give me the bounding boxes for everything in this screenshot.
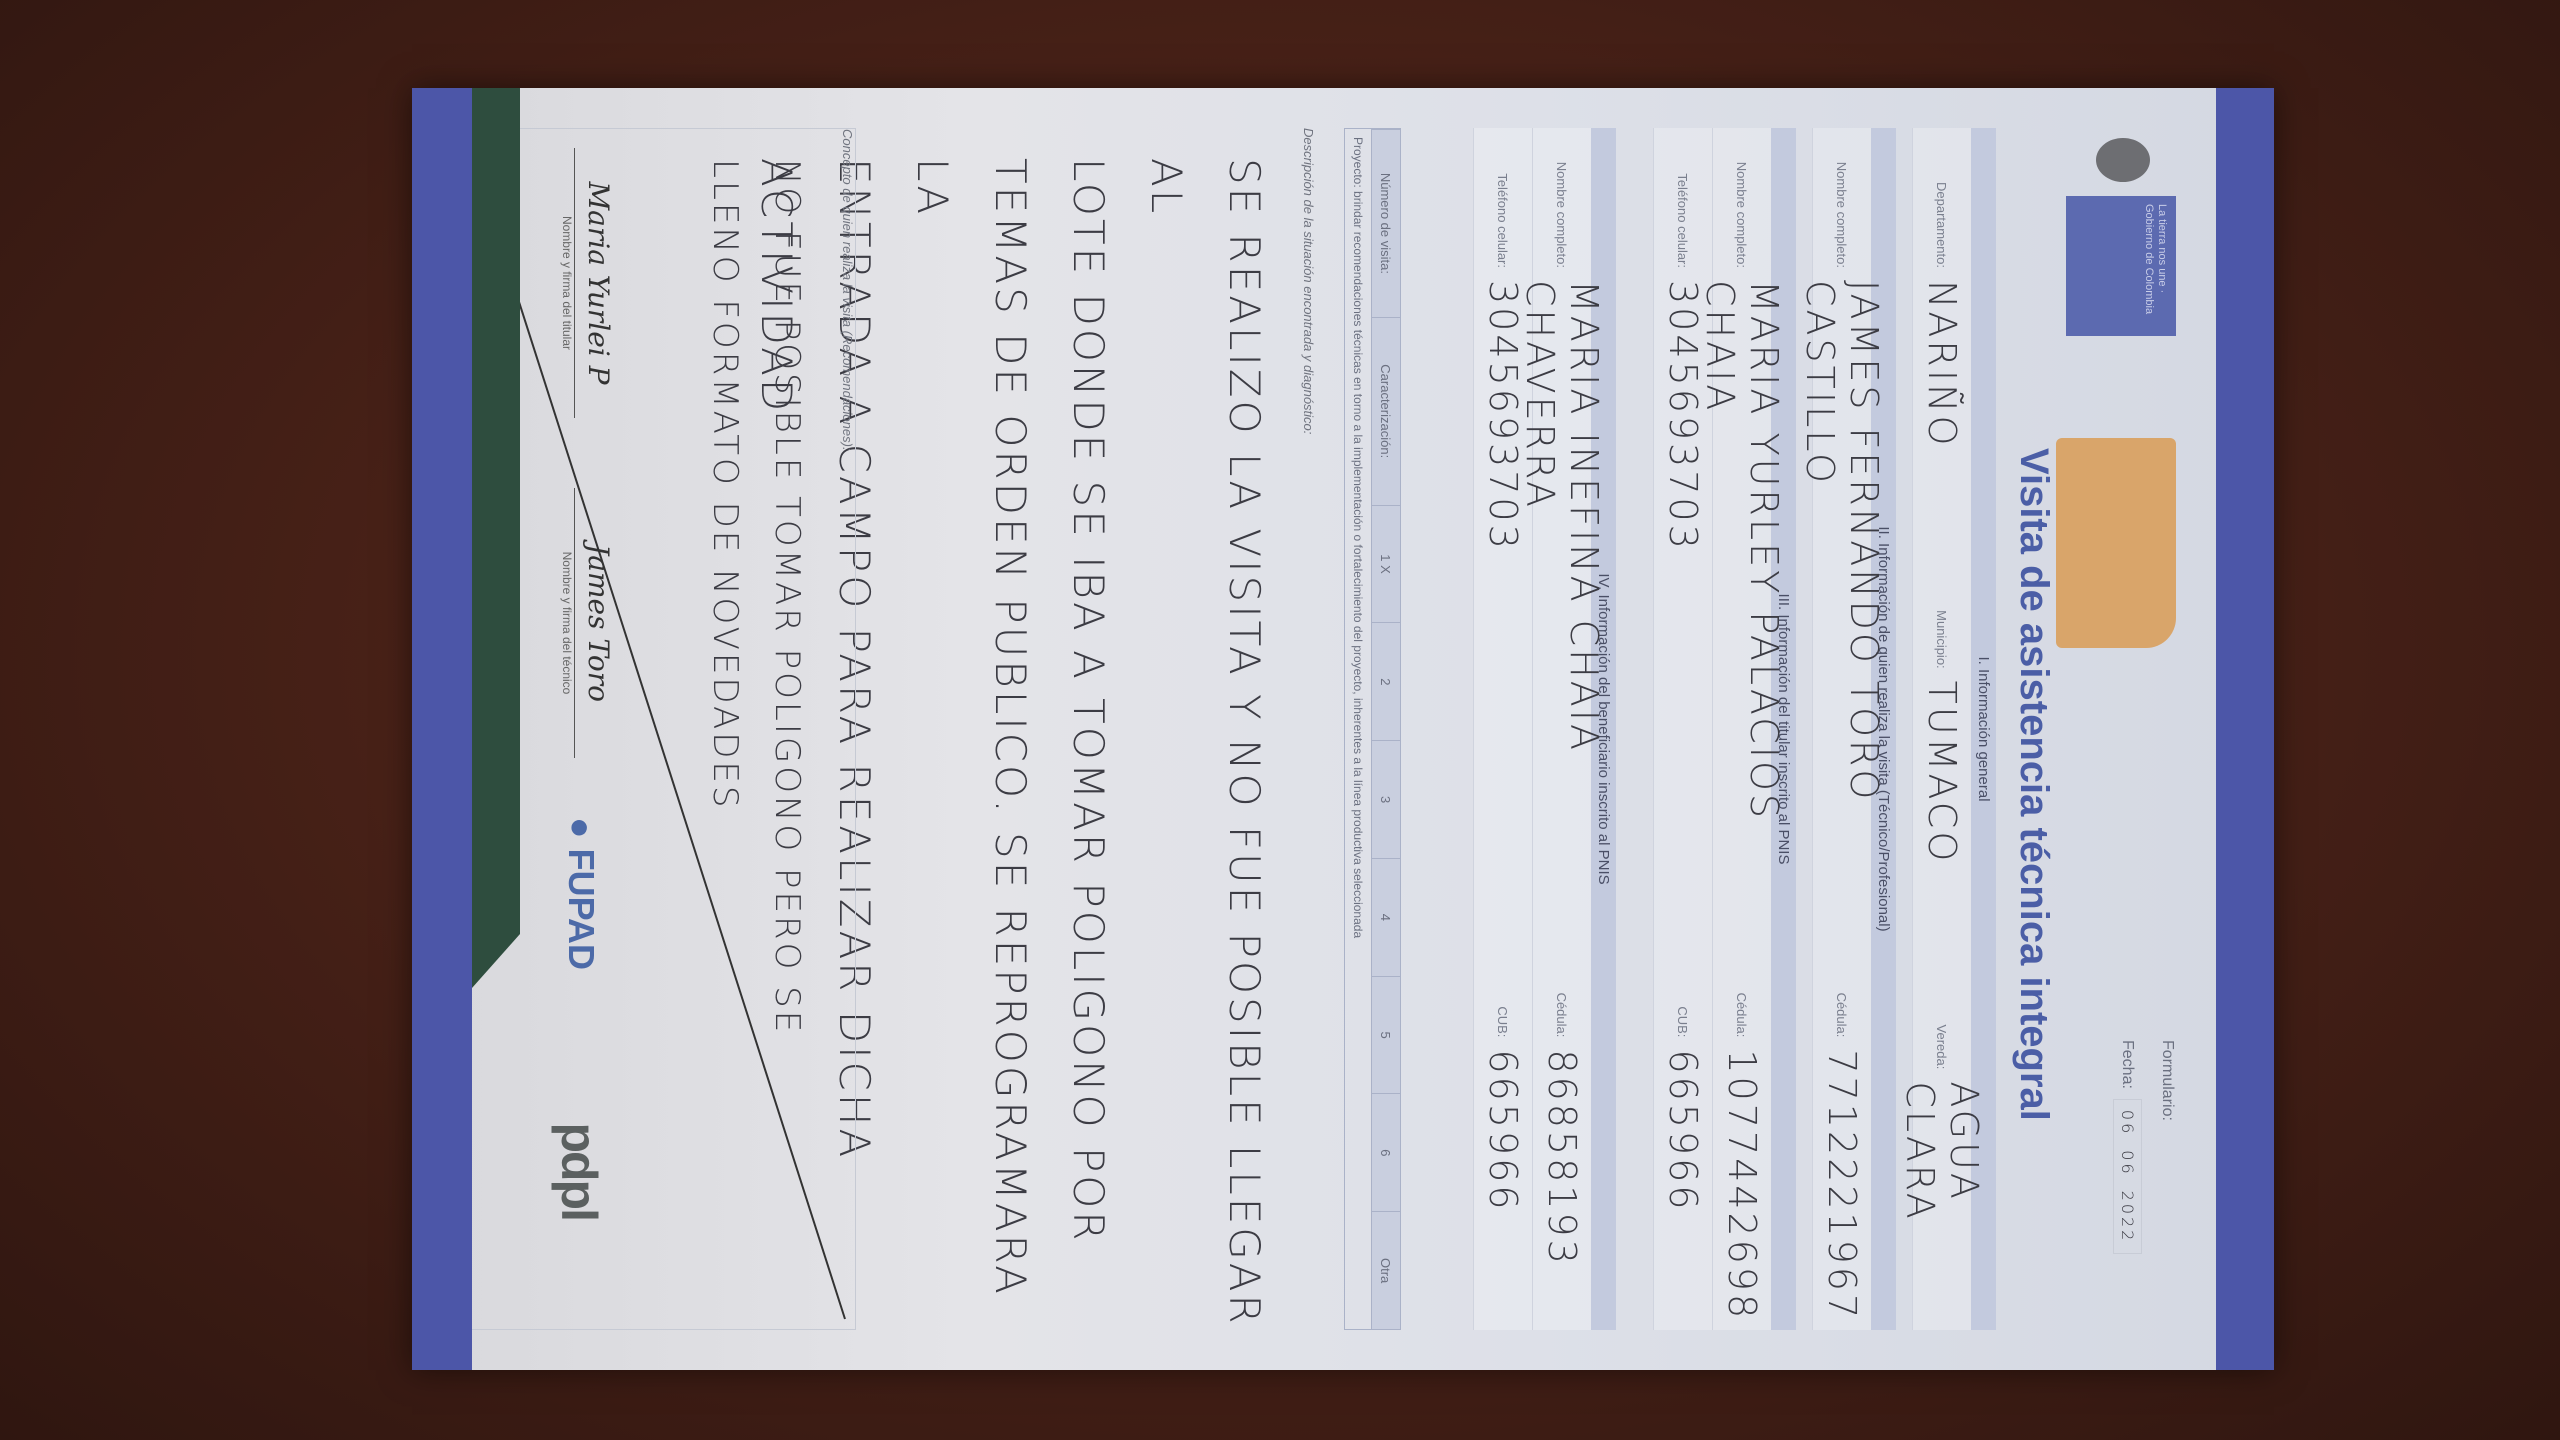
titular-cedula-field[interactable]: 1077442698	[1720, 1049, 1764, 1330]
departamento-field[interactable]: NARIÑO	[1920, 280, 1964, 529]
formulario-label: Formulario:	[2158, 1040, 2176, 1121]
concepto-field[interactable]: NO FUE POSIBLE TOMAR POLIGONO PERO SELLE…	[694, 129, 818, 1329]
top-color-band	[2216, 88, 2274, 1370]
header-logos: La tierra nos une · Gobierno de Colombia…	[2046, 138, 2196, 1320]
green-color-band	[472, 88, 520, 988]
vereda-field[interactable]: AGUA CLARA	[1898, 1081, 1986, 1330]
fecha-dia: 06	[2118, 1110, 2137, 1136]
handwritten-line: SE REALIZO LA VISITA Y NO FUE POSIBLE LL…	[1127, 158, 1283, 1330]
visit-option-1[interactable]: 1 X	[1372, 505, 1400, 623]
form-meta: Formulario: Fecha: 06 06 2022	[2097, 1040, 2176, 1300]
form-paper: La tierra nos une · Gobierno de Colombia…	[412, 88, 2274, 1370]
signatures: Maria Yurlei P Nombre y firma del titula…	[520, 128, 660, 1330]
tecnico-cedula-field[interactable]: 7712221967	[1820, 1049, 1864, 1330]
titular-telefono-field[interactable]: 3045693703	[1661, 280, 1705, 897]
beneficiario-nombre-field[interactable]: MARIA INEFINA CHAIA CHAVERRA	[1518, 280, 1606, 897]
visit-option-2[interactable]: 2	[1372, 622, 1400, 740]
handwritten-line: NO FUE POSIBLE TOMAR POLIGONO PERO SE	[756, 159, 818, 1329]
government-logo: La tierra nos une · Gobierno de Colombia	[2066, 196, 2176, 336]
document-photo: La tierra nos une · Gobierno de Colombia…	[412, 88, 2274, 1370]
globe-icon: ●	[561, 817, 602, 849]
proyecto-text: Proyecto: brindar recomendaciones técnic…	[1345, 129, 1371, 1329]
beneficiario-telefono-field[interactable]: 3045693703	[1481, 280, 1525, 897]
fecha-ano: 2022	[2118, 1191, 2137, 1244]
section-tecnico: II. Información de quien realiza la visi…	[1812, 128, 1896, 1330]
fecha-mes: 06	[2118, 1150, 2137, 1176]
fecha-field[interactable]: 06 06 2022	[2113, 1099, 2142, 1254]
visit-option-otra[interactable]: Otra	[1372, 1211, 1400, 1329]
visit-number-table: Número de visita: Caracterización: 1 X23…	[1344, 128, 1401, 1330]
form-title: Visita de asistencia técnica integral	[2011, 448, 2056, 1121]
visit-option-4[interactable]: 4	[1372, 858, 1400, 976]
visit-option-5[interactable]: 5	[1372, 976, 1400, 1094]
titular-signature[interactable]: Maria Yurlei P Nombre y firma del titula…	[560, 148, 615, 418]
fupad-logo: ● FUPAD	[560, 817, 602, 970]
visit-option-3[interactable]: 3	[1372, 740, 1400, 858]
bottom-color-band	[412, 88, 472, 1370]
section-beneficiario: IV. Información del beneficiario inscrit…	[1473, 128, 1616, 1330]
tecnico-signature[interactable]: James Toro Nombre y firma del técnico	[560, 488, 615, 758]
beneficiario-cedula-field[interactable]: 86858193	[1540, 1049, 1584, 1330]
colombia-crest-icon	[2096, 138, 2150, 182]
handwritten-line: LLENO FORMATO DE NOVEDADES	[694, 159, 756, 1329]
descripcion-section: Descripción de la situación encontrada y…	[886, 128, 1316, 1330]
handwritten-line: LOTE DONDE SE IBA A TOMAR POLIGONO POR	[1049, 158, 1127, 1330]
municipio-field[interactable]: TUMACO	[1920, 681, 1964, 930]
beneficiario-cub-field[interactable]: 665966	[1481, 1049, 1525, 1330]
pnis-logo	[2056, 438, 2176, 648]
section-general: I. Información general Departamento: NAR…	[1912, 128, 1996, 1330]
section-titular: III. Información del titular inscrito al…	[1653, 128, 1796, 1330]
pdpl-logo: pdpl	[550, 1122, 608, 1220]
handwritten-line: TEMAS DE ORDEN PUBLICO. SE REPROGRAMARA …	[893, 158, 1049, 1330]
fecha-label: Fecha:	[2119, 1040, 2137, 1089]
tecnico-nombre-field[interactable]: JAMES FERNANDO TORO CASTILLO	[1798, 280, 1886, 897]
visit-option-6[interactable]: 6	[1372, 1093, 1400, 1211]
titular-nombre-field[interactable]: MARIA YURLEY PALACIOS CHAIA	[1698, 280, 1786, 897]
titular-cub-field[interactable]: 665966	[1661, 1049, 1705, 1330]
